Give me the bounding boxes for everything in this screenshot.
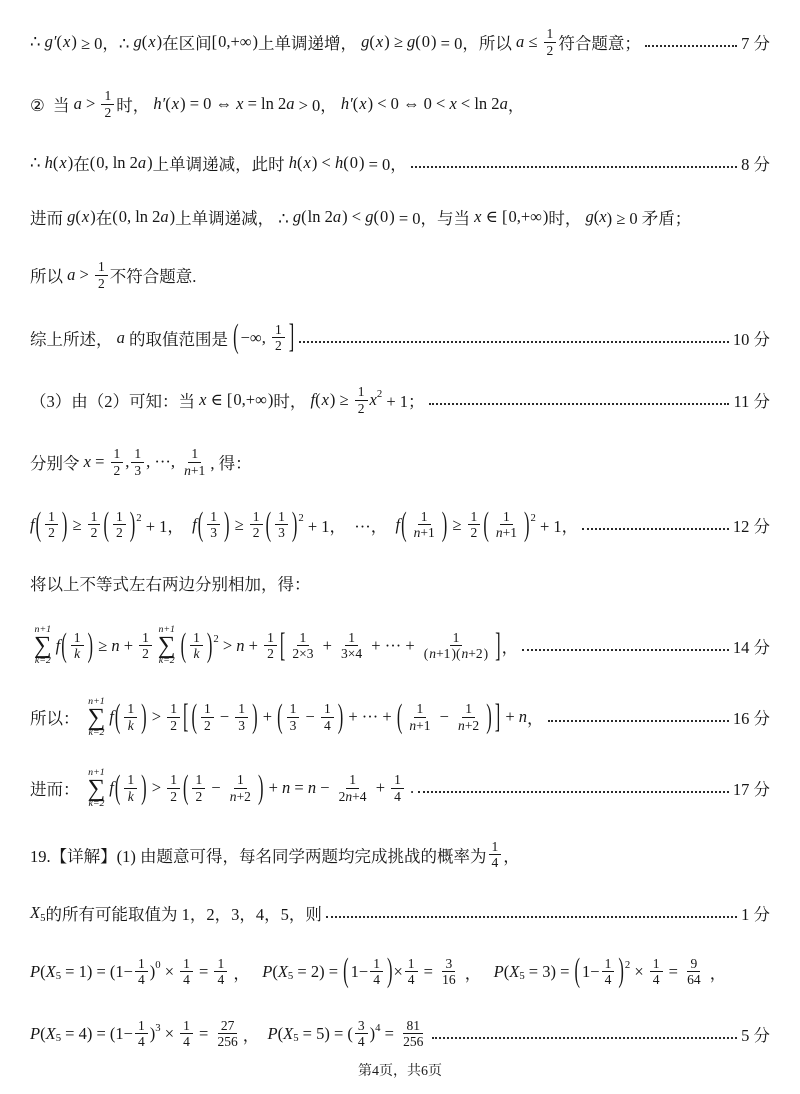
- math-line: 19.【详解】(1) 由题意可得，每名同学两题均完成挑战的概率为14，: [30, 839, 770, 871]
- score-label: 12 分: [733, 513, 770, 537]
- score-label: 16 分: [733, 705, 770, 729]
- page: { "page": { "background": "#ffffff", "te…: [0, 0, 800, 1094]
- math-line: 将以上不等式左右两边分别相加，得：: [30, 571, 770, 595]
- score-label: 7 分: [741, 30, 770, 54]
- math-line: 所以 a > 12不符合题意.: [30, 259, 770, 291]
- score-label: 5 分: [741, 1022, 770, 1046]
- math-line: ∴ g′(x) ≥ 0，∴ g(x)在区间[0,+∞)上单调递增， g(x) ≥…: [30, 26, 770, 58]
- math-expression: ∴ g′(x) ≥ 0，∴ g(x)在区间[0,+∞)上单调递增， g(x) ≥…: [30, 26, 641, 58]
- math-expression: 进而： n+1∑k=2f(1k) > 12(12 − 1n+2) + n = n…: [30, 768, 414, 809]
- score-label: 8 分: [741, 151, 770, 175]
- math-line: ② 当 a > 12时， h′(x) = 0 ⇔ x = ln 2a > 0， …: [30, 88, 770, 120]
- dot-leader: [582, 520, 729, 530]
- math-expression: f(12) ≥ 12(12)2 + 1， f(13) ≥ 12(13)2 + 1…: [30, 509, 578, 541]
- math-line: ∴ h(x)在(0, ln 2a)上单调递减，此时 h(x) < h(0) = …: [30, 151, 770, 175]
- math-expression: P(X5 = 1) = (1−14)0 × 14 = 14 ， P(X5 = 2…: [30, 956, 726, 988]
- math-expression: （3）由（2）可知：当 x ∈ [0,+∞)时， f(x) ≥ 12x2 + 1…: [30, 384, 425, 416]
- document-page: ∴ g′(x) ≥ 0，∴ g(x)在区间[0,+∞)上单调递增， g(x) ≥…: [0, 0, 800, 1094]
- dot-leader: [299, 333, 729, 343]
- math-line: 分别令 x = 12,13, ···, 1n+1, 得：: [30, 446, 770, 478]
- math-line: 所以： n+1∑k=2f(1k) > 12[(12 − 13) + (13 − …: [30, 697, 770, 738]
- math-expression: n+1∑k=2f(1k) ≥ n + 12n+1∑k=2(1k)2 > n + …: [30, 625, 518, 666]
- math-expression: 分别令 x = 12,13, ···, 1n+1, 得：: [30, 446, 252, 478]
- solution-lines: ∴ g′(x) ≥ 0，∴ g(x)在区间[0,+∞)上单调递增， g(x) ≥…: [30, 26, 770, 1050]
- math-line: （3）由（2）可知：当 x ∈ [0,+∞)时， f(x) ≥ 12x2 + 1…: [30, 384, 770, 416]
- dot-leader: [429, 395, 730, 405]
- score-label: 14 分: [733, 634, 770, 658]
- score-label: 10 分: [733, 326, 770, 350]
- math-expression: 将以上不等式左右两边分别相加，得：: [30, 571, 311, 595]
- math-expression: P(X5 = 4) = (1−14)3 × 14 = 27256， P(X5 =…: [30, 1018, 428, 1050]
- math-line: f(12) ≥ 12(12)2 + 1， f(13) ≥ 12(13)2 + 1…: [30, 509, 770, 541]
- math-expression: 综上所述， a 的取值范围是 (−∞, 12]: [30, 322, 295, 354]
- math-expression: 19.【详解】(1) 由题意可得，每名同学两题均完成挑战的概率为14，: [30, 839, 520, 871]
- math-line: 进而 g(x)在(0, ln 2a)上单调递减， ∴ g(ln 2a) < g(…: [30, 205, 770, 229]
- dot-leader: [548, 712, 729, 722]
- math-line: P(X5 = 1) = (1−14)0 × 14 = 14 ， P(X5 = 2…: [30, 956, 770, 988]
- math-line: 综上所述， a 的取值范围是 (−∞, 12]10 分: [30, 322, 770, 354]
- math-line: 进而： n+1∑k=2f(1k) > 12(12 − 1n+2) + n = n…: [30, 768, 770, 809]
- dot-leader: [645, 37, 737, 47]
- math-expression: ② 当 a > 12时， h′(x) = 0 ⇔ x = ln 2a > 0， …: [30, 88, 524, 120]
- dot-leader: [432, 1029, 737, 1039]
- score-label: 11 分: [733, 388, 770, 412]
- page-number-label: 第4页，共6页: [358, 1064, 442, 1079]
- math-line: P(X5 = 4) = (1−14)3 × 14 = 27256， P(X5 =…: [30, 1018, 770, 1050]
- dot-leader: [522, 641, 729, 651]
- dot-leader: [418, 783, 729, 793]
- score-label: 1 分: [741, 901, 770, 925]
- math-expression: ∴ h(x)在(0, ln 2a)上单调递减，此时 h(x) < h(0) = …: [30, 151, 407, 175]
- dot-leader: [411, 158, 737, 168]
- math-expression: X5的所有可能取值为 1，2，3，4，5，则: [30, 901, 322, 925]
- math-line: X5的所有可能取值为 1，2，3，4，5，则1 分: [30, 901, 770, 925]
- math-expression: 进而 g(x)在(0, ln 2a)上单调递减， ∴ g(ln 2a) < g(…: [30, 205, 691, 229]
- page-footer: 第4页，共6页: [30, 1050, 770, 1080]
- score-label: 17 分: [733, 776, 770, 800]
- math-line: n+1∑k=2f(1k) ≥ n + 12n+1∑k=2(1k)2 > n + …: [30, 625, 770, 666]
- math-expression: 所以： n+1∑k=2f(1k) > 12[(12 − 13) + (13 − …: [30, 697, 544, 738]
- math-expression: 所以 a > 12不符合题意.: [30, 259, 196, 291]
- dot-leader: [326, 908, 737, 918]
